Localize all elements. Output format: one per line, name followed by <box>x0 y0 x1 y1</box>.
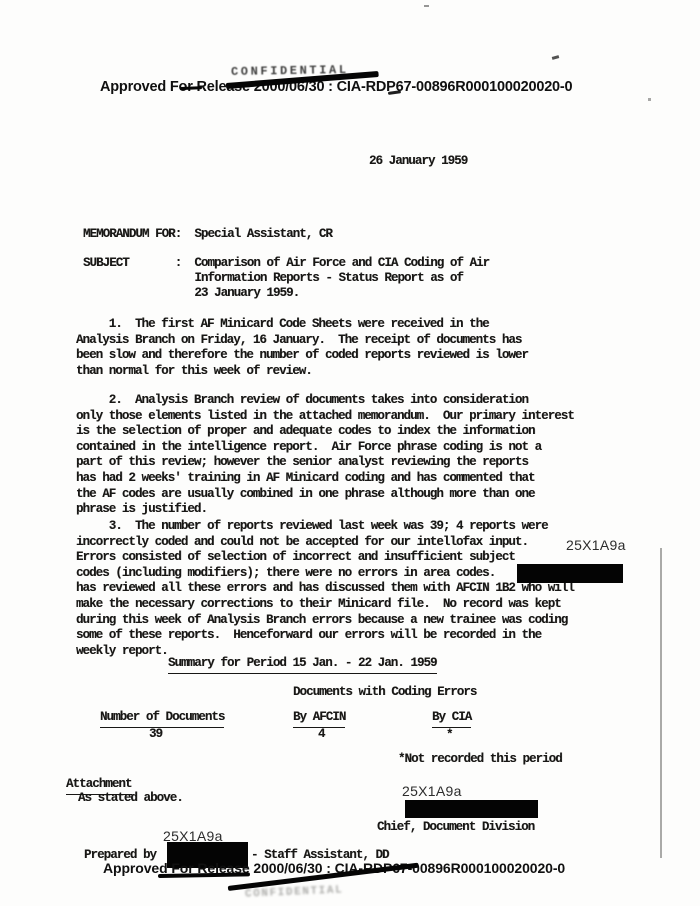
scan-speck <box>552 55 560 60</box>
memo-document-page: CONFIDENTIAL Approved For Release 2000/0… <box>0 0 700 906</box>
signature-title: Chief, Document Division <box>377 820 534 836</box>
paragraph-2: 2. Analysis Branch review of documents t… <box>76 393 574 518</box>
attachment-text: As stated above. <box>78 791 183 807</box>
paragraph-3: 3. The number of reports reviewed last w… <box>76 519 574 659</box>
scan-speck <box>648 98 651 101</box>
summary-footnote: *Not recorded this period <box>398 752 562 768</box>
memo-date: 26 January 1959 <box>369 154 467 170</box>
redaction-bar-signature <box>405 800 538 818</box>
paragraph-1: 1. The first AF Minicard Code Sheets wer… <box>76 317 528 379</box>
summary-col1-header: Number of Documents <box>100 710 224 728</box>
summary-col2-header: By AFCIN <box>293 710 345 728</box>
summary-col3-value: * <box>446 728 453 744</box>
strike-line-bottom-left <box>158 872 250 878</box>
memo-header-block: MEMORANDUM FOR: Special Assistant, CR SU… <box>83 227 489 301</box>
summary-col3-header: By CIA <box>432 710 471 728</box>
declass-label-signature: 25X1A9a <box>402 783 462 799</box>
redaction-bar-para3 <box>517 564 623 583</box>
declass-header-top: Approved For Release 2000/06/30 : CIA-RD… <box>100 79 572 95</box>
summary-col2-value: 4 <box>318 727 325 743</box>
scan-speck <box>424 5 429 7</box>
summary-col1-value: 39 <box>149 727 162 743</box>
declass-label-para3: 25X1A9a <box>566 537 626 553</box>
summary-title: Summary for Period 15 Jan. - 22 Jan. 195… <box>168 656 437 674</box>
summary-subtitle: Documents with Coding Errors <box>293 685 476 701</box>
scan-fold-line <box>660 548 662 858</box>
